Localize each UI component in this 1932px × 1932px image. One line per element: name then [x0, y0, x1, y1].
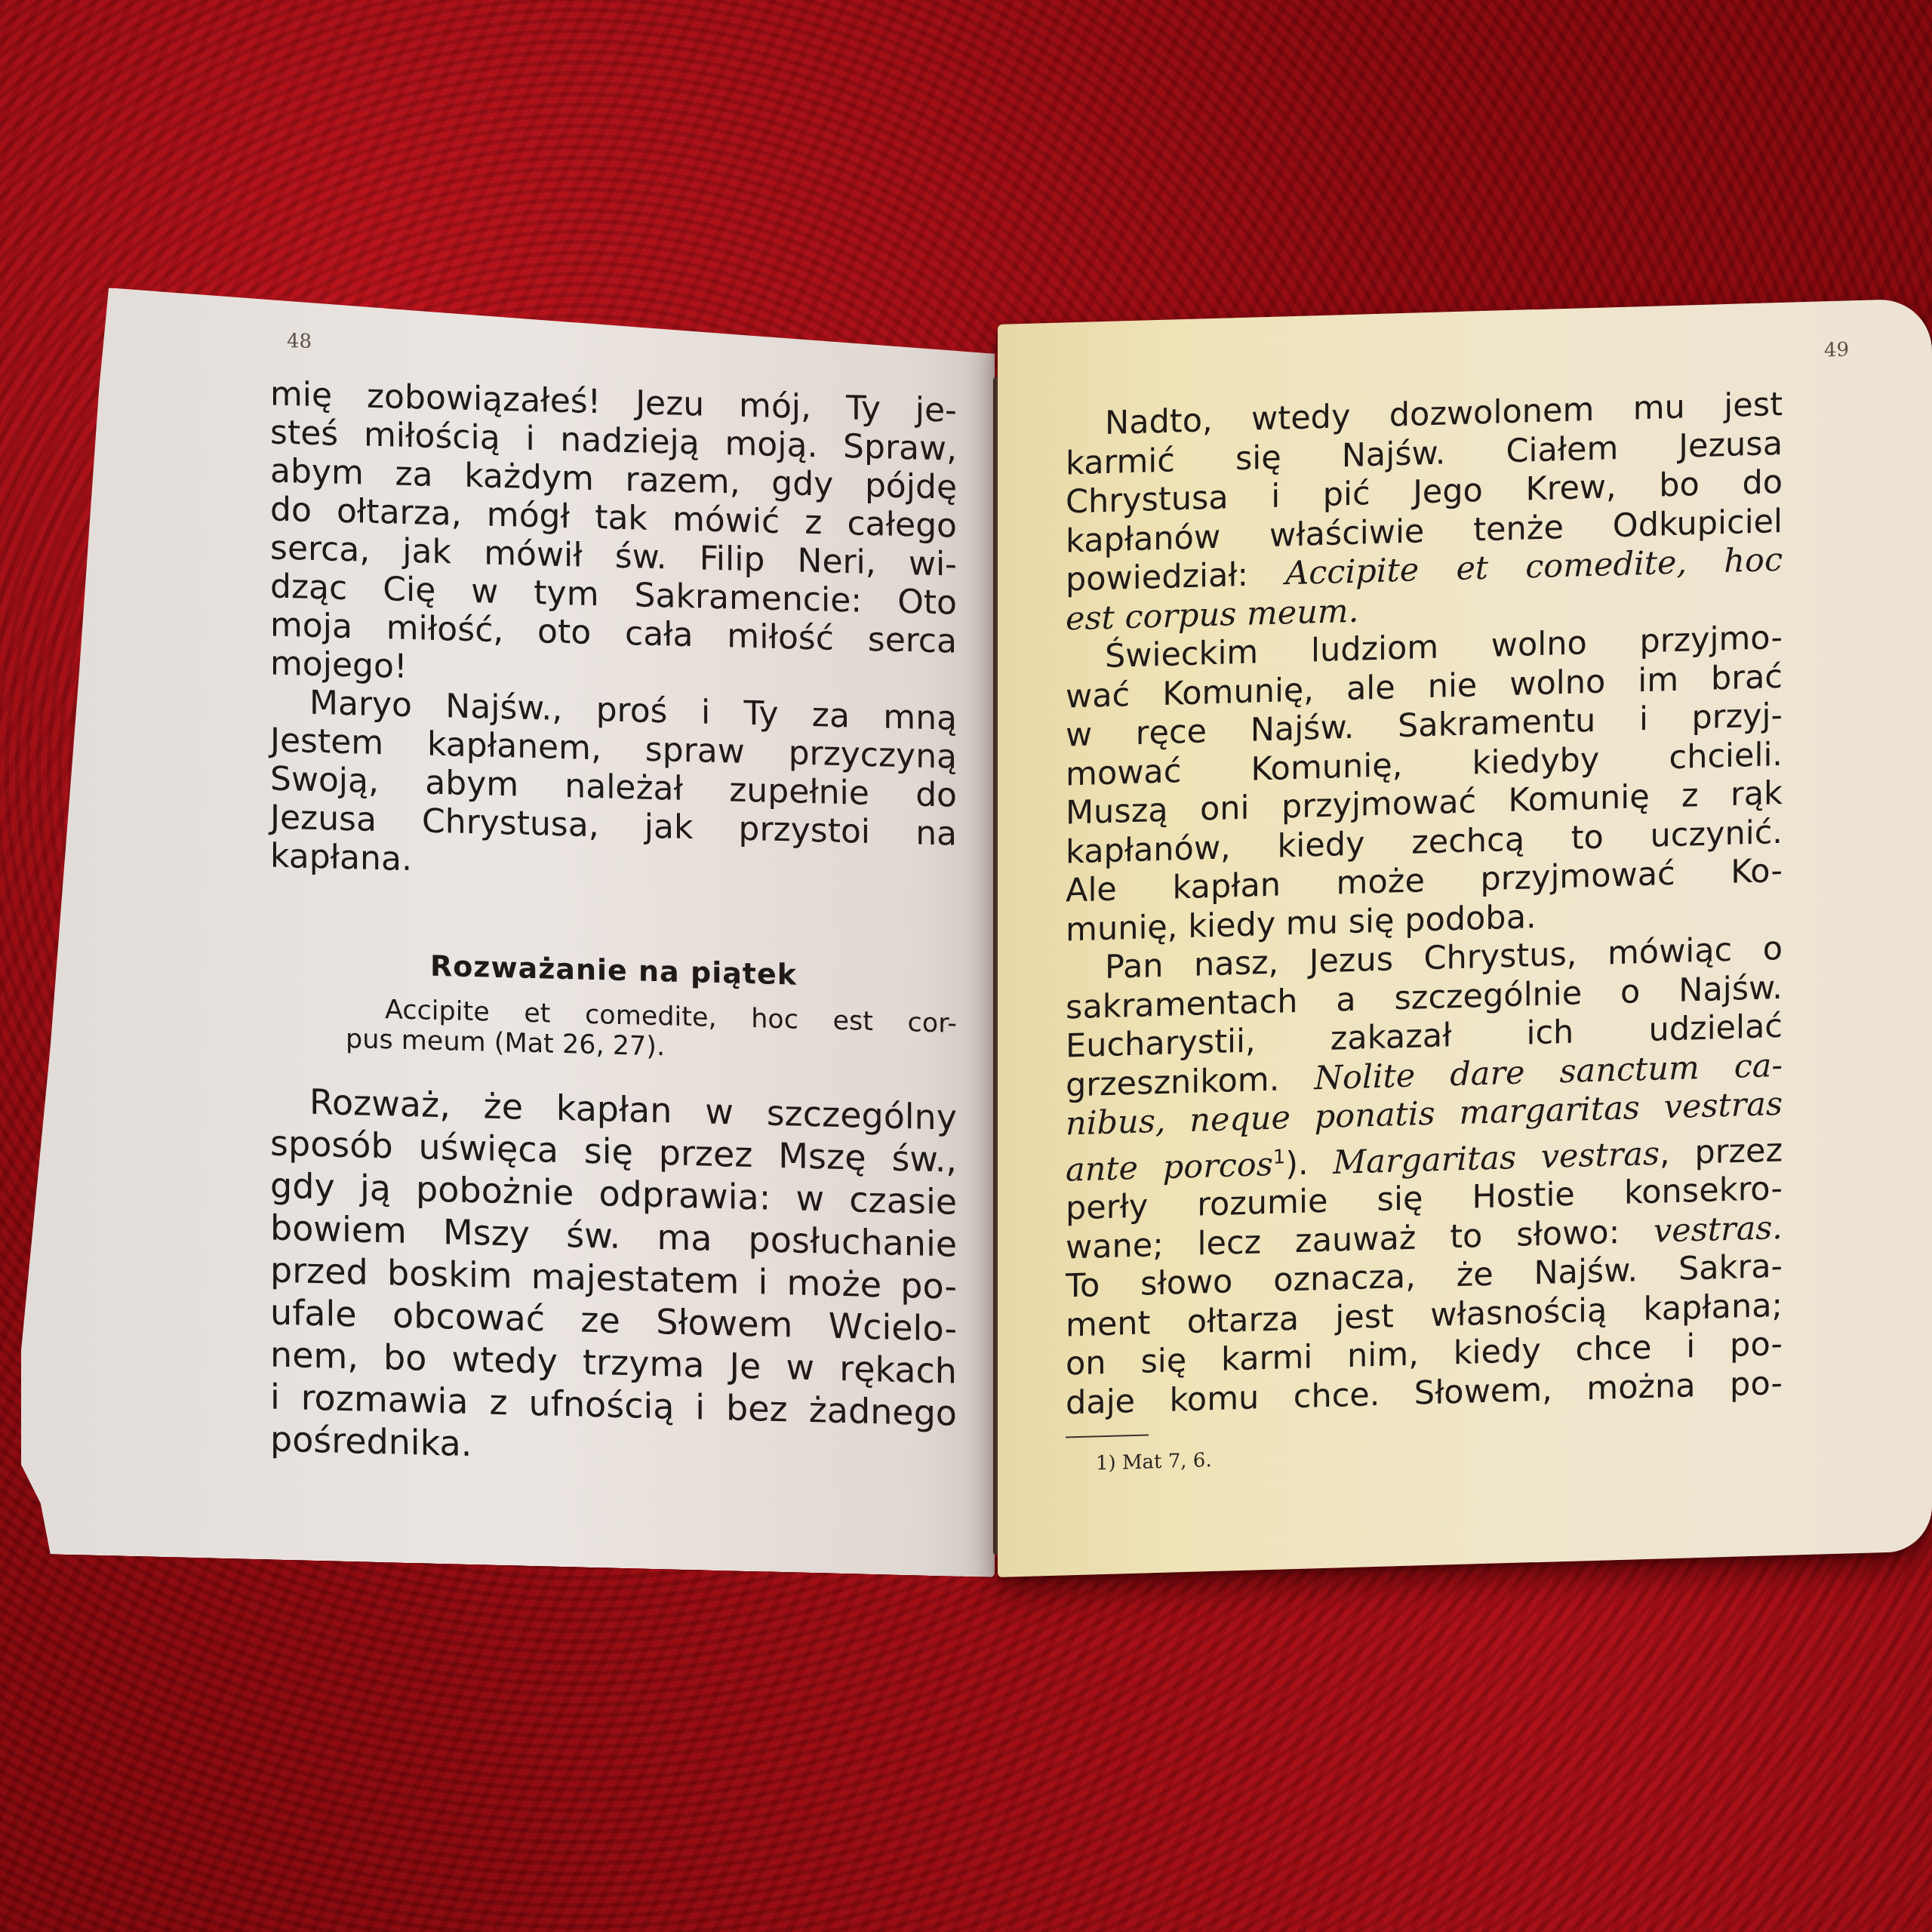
meditation-paragraph: Rozważ, że kapłan w szczególny sposób uś…: [270, 1080, 957, 1477]
page-number-right: 49: [1824, 338, 1849, 361]
footnote: 1) Mat 7, 6.: [1066, 1426, 1783, 1484]
text-run: powiedział:: [1066, 555, 1285, 598]
open-booklet: 48 mię zobowiązałeś! Jezu mój, Ty je- st…: [0, 0, 1932, 1932]
left-page: 48 mię zobowiązałeś! Jezu mój, Ty je- st…: [21, 285, 995, 1577]
section-heading: Rozważanie na piątek: [270, 943, 957, 998]
latin-quote: vestras.: [1654, 1209, 1783, 1251]
text-run: grzesznikom.: [1066, 1060, 1314, 1104]
right-page: 49 Nadto, wtedy dozwolonem mu jest karmi…: [998, 298, 1932, 1577]
footnote-divider: [1066, 1435, 1149, 1438]
page-number-left: 48: [287, 330, 312, 353]
right-page-text: Nadto, wtedy dozwolonem mu jest karmić s…: [1066, 386, 1783, 1484]
footnote-marker: 1: [1273, 1146, 1285, 1168]
left-page-text: mię zobowiązałeś! Jezu mój, Ty je- steś …: [270, 375, 957, 1477]
text-run: ).: [1285, 1143, 1333, 1183]
latin-quote: ante porcos: [1066, 1146, 1273, 1189]
text-run: , przez: [1660, 1131, 1783, 1173]
